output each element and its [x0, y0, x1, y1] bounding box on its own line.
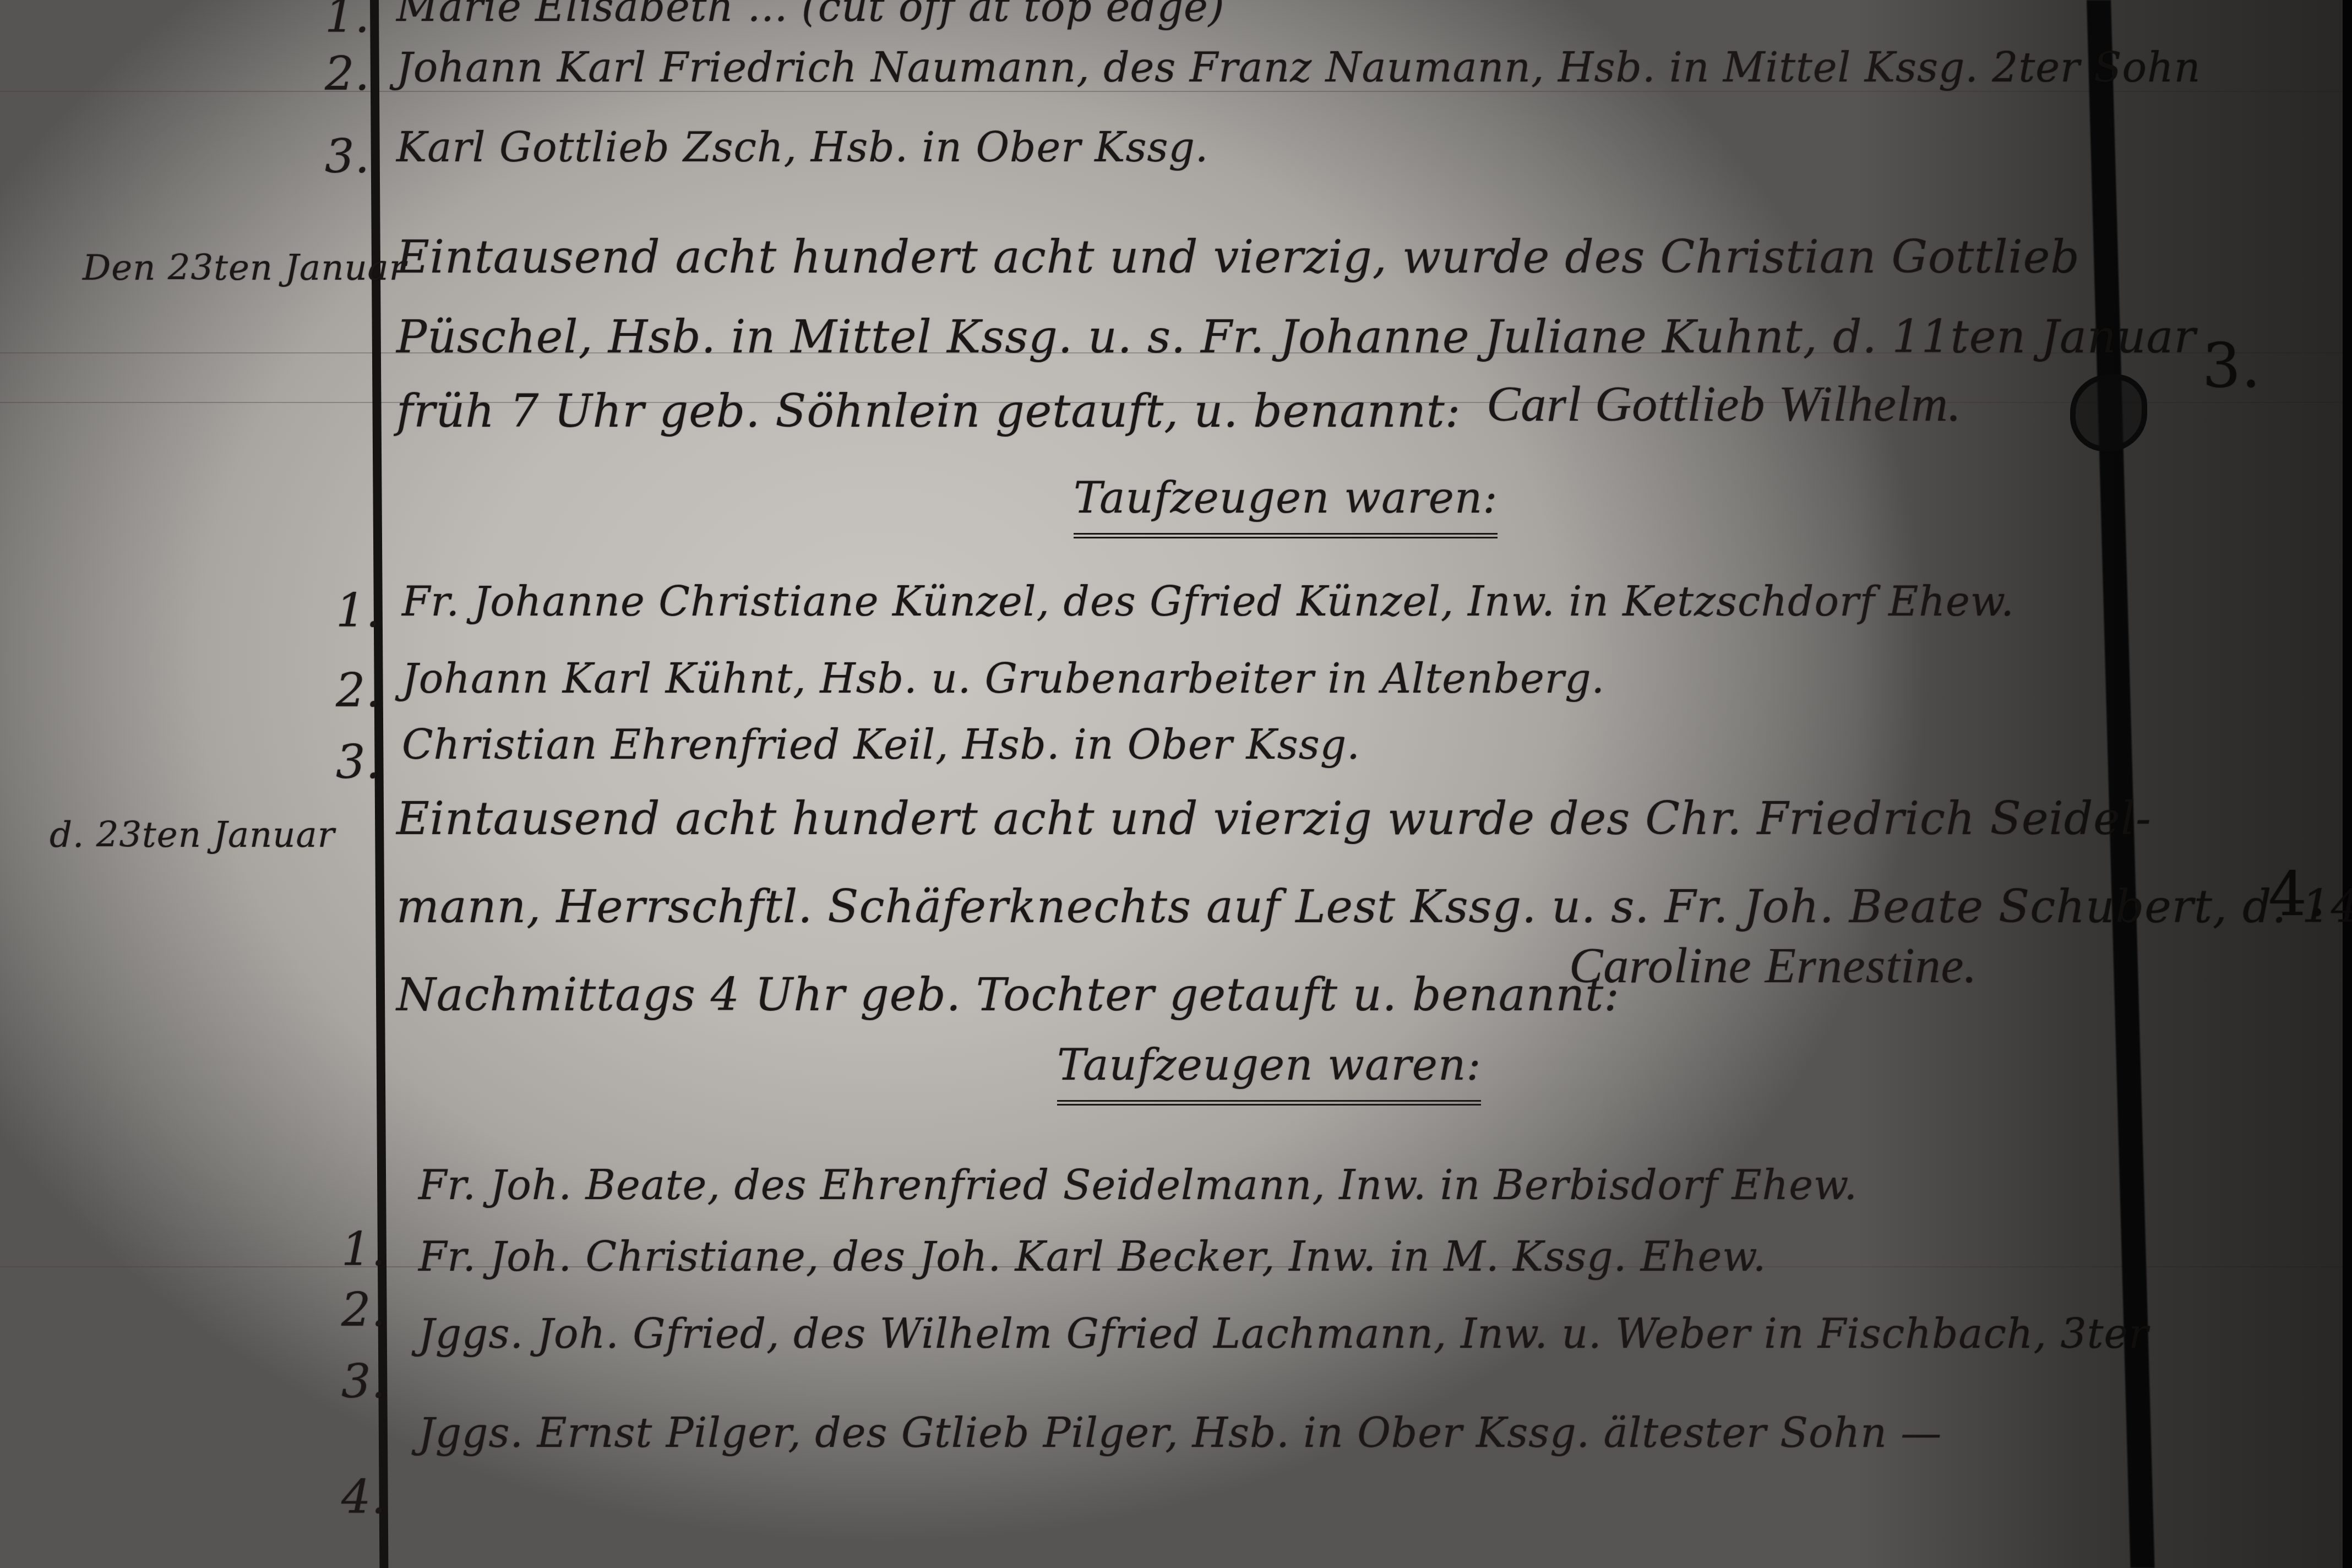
- entry-number: 4.: [2268, 859, 2327, 929]
- witness-line: Marie Elisabeth ... (cut off at top edge…: [396, 0, 1225, 31]
- witness-line: Christian Ehrenfried Keil, Hsb. in Ober …: [402, 721, 1360, 769]
- witness-number: 1.: [336, 584, 381, 638]
- register-page: 1. Marie Elisabeth ... (cut off at top e…: [0, 0, 2352, 1568]
- ink-blot: [2070, 374, 2147, 451]
- witness-number: 1.: [341, 1222, 386, 1276]
- entry-date: Den 23ten Januar: [83, 248, 406, 288]
- witness-line: Johann Karl Friedrich Naumann, des Franz…: [396, 44, 2201, 91]
- witness-number: 1.: [325, 0, 370, 43]
- entry-line: Eintausend acht hundert acht und vierzig…: [396, 231, 2080, 284]
- witness-number: 2.: [341, 1283, 386, 1337]
- witness-line: Fr. Johanne Christiane Künzel, des Gfrie…: [402, 578, 2015, 625]
- child-name: Caroline Ernestine.: [1569, 936, 1977, 994]
- entry-line: Eintausend acht hundert acht und vierzig…: [396, 793, 2152, 845]
- witness-line: Fr. Joh. Beate, des Ehrenfried Seidelman…: [418, 1162, 1858, 1209]
- page-edge: [2343, 0, 2352, 1568]
- witness-number: 2.: [336, 663, 381, 717]
- entry-date: d. 23ten Januar: [50, 815, 335, 856]
- witness-line: Johann Karl Kühnt, Hsb. u. Grubenarbeite…: [402, 655, 1605, 703]
- witnesses-heading: Taufzeugen waren:: [1057, 1041, 1481, 1106]
- entry-line: Nachmittags 4 Uhr geb. Tochter getauft u…: [396, 969, 1620, 1021]
- witness-number: 3.: [341, 1354, 386, 1408]
- entry-number: 3.: [2202, 330, 2261, 401]
- witness-line: Karl Gottlieb Zsch, Hsb. in Ober Kssg.: [396, 124, 1208, 171]
- entry-line: Püschel, Hsb. in Mittel Kssg. u. s. Fr. …: [396, 311, 2196, 363]
- witness-number: 2.: [325, 47, 370, 101]
- witness-number: 3.: [336, 735, 381, 789]
- entry-line: früh 7 Uhr geb. Söhnlein getauft, u. ben…: [396, 385, 1461, 438]
- witnesses-heading: Taufzeugen waren:: [1074, 473, 1498, 538]
- child-name: Carl Gottlieb Wilhelm.: [1487, 374, 1962, 433]
- witness-line: Jggs. Joh. Gfried, des Wilhelm Gfried La…: [418, 1310, 2149, 1358]
- witness-number: 3.: [325, 129, 370, 183]
- witness-line: Fr. Joh. Christiane, des Joh. Karl Becke…: [418, 1233, 1766, 1281]
- witness-line: Jggs. Ernst Pilger, des Gtlieb Pilger, H…: [418, 1409, 1942, 1457]
- witness-number: 4.: [341, 1470, 386, 1524]
- entry-line: mann, Herrschftl. Schäferknechts auf Les…: [396, 881, 2352, 933]
